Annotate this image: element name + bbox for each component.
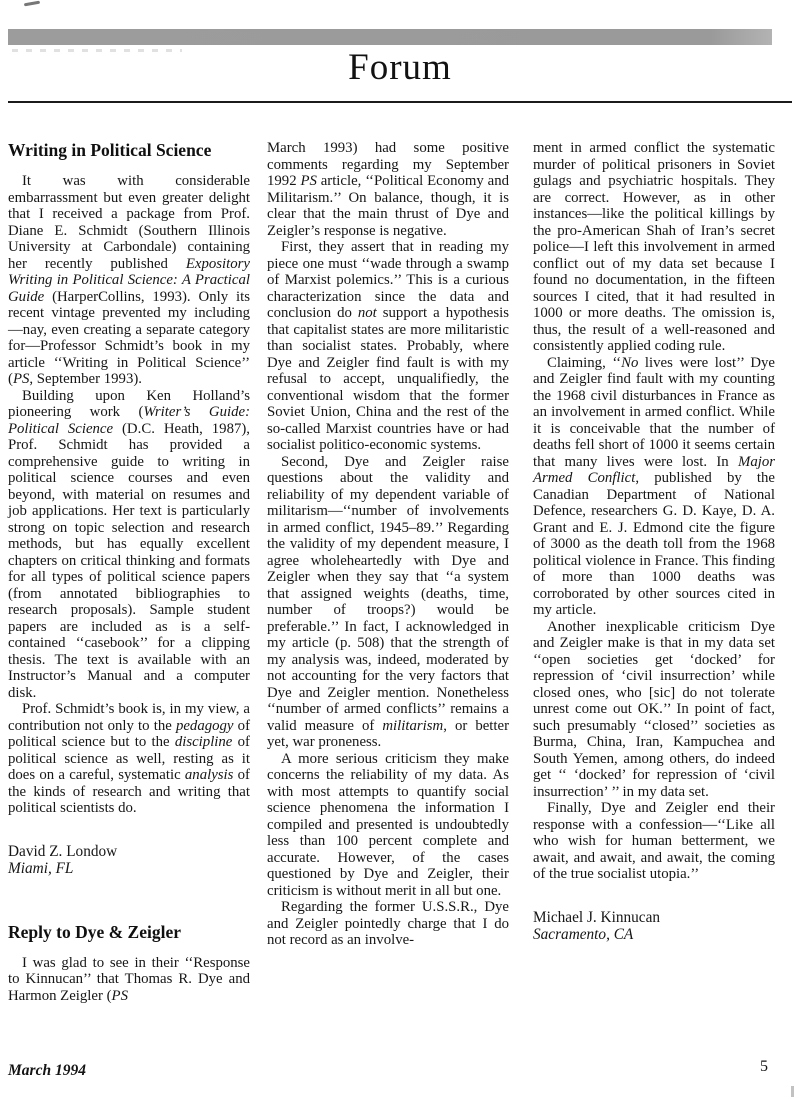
paragraph: Regarding the former U.S.S.R., Dye and Z… <box>267 899 509 949</box>
text-run: A more serious criticism they make conce… <box>267 751 509 899</box>
column-middle: March 1993) had some positive comments r… <box>267 140 509 1004</box>
scan-artifact <box>791 1086 794 1097</box>
italic-run: PS <box>300 173 316 189</box>
article-heading-reply: Reply to Dye & Zeigler <box>8 922 250 943</box>
signature-block: Michael J. Kinnucan Sacramento, CA <box>533 909 775 944</box>
text-run: Regarding the former U.S.S.R., Dye and Z… <box>267 899 509 948</box>
paragraph: I was glad to see in their ‘‘Response to… <box>8 955 250 1005</box>
paragraph: Second, Dye and Zeigler raise questions … <box>267 454 509 751</box>
italic-run: not <box>358 305 377 321</box>
article-body-reply-cont2: ment in armed conflict the systematic mu… <box>533 140 775 883</box>
text-run: Claiming, ‘‘ <box>547 355 621 371</box>
text-run: ment in armed conflict the systematic mu… <box>533 140 775 354</box>
column-left: Writing in Political Science It was with… <box>8 140 250 1004</box>
column-right: ment in armed conflict the systematic mu… <box>533 140 775 1004</box>
columns: Writing in Political Science It was with… <box>8 140 775 1004</box>
italic-run: militarism <box>382 718 443 734</box>
italic-run: No <box>621 355 638 371</box>
footer-issue-date: March 1994 <box>8 1062 86 1080</box>
text-run: Another inexplicable criticism Dye and Z… <box>533 619 775 800</box>
scan-artifact <box>24 1 40 7</box>
italic-run: analysis <box>185 767 234 783</box>
text-run: , published by the Canadian Department o… <box>533 470 775 618</box>
journal-page: Forum Writing in Political Science It wa… <box>0 0 800 1099</box>
paragraph: A more serious criticism they make conce… <box>267 751 509 900</box>
page-title: Forum <box>0 46 800 89</box>
paragraph: Another inexplicable criticism Dye and Z… <box>533 619 775 801</box>
paragraph: Claiming, ‘‘No lives were lost’’ Dye and… <box>533 355 775 619</box>
italic-run: pedagogy <box>176 718 234 734</box>
paragraph: Finally, Dye and Zeigler end their respo… <box>533 800 775 883</box>
title-rule <box>8 101 792 103</box>
text-run: , September 1993). <box>29 371 142 387</box>
text-run: (D.C. Heath, 1987), Prof. Schmidt has pr… <box>8 421 250 701</box>
article-body-writing: It was with considerable embarrassment b… <box>8 173 250 817</box>
article-body-reply-cont: March 1993) had some positive comments r… <box>267 140 509 949</box>
italic-run: PS <box>13 371 29 387</box>
text-run: lives were lost’’ Dye and Zeigler find f… <box>533 355 775 470</box>
paragraph: Building upon Ken Holland’s pioneering w… <box>8 388 250 702</box>
article-body-reply: I was glad to see in their ‘‘Response to… <box>8 955 250 1005</box>
signature-name: David Z. Londow <box>8 843 250 861</box>
paragraph: It was with considerable embarrassment b… <box>8 173 250 388</box>
header-bar <box>8 29 772 45</box>
signature-name: Michael J. Kinnucan <box>533 909 775 927</box>
text-run: I was glad to see in their ‘‘Response to… <box>8 955 250 1004</box>
signature-block: David Z. Londow Miami, FL <box>8 843 250 878</box>
italic-run: discipline <box>175 734 233 750</box>
article-heading-writing: Writing in Political Science <box>8 140 250 161</box>
italic-run: PS <box>112 988 128 1004</box>
text-run: Second, Dye and Zeigler raise questions … <box>267 454 509 734</box>
text-run: Finally, Dye and Zeigler end their respo… <box>533 800 775 882</box>
text-run: support a hypothesis that capitalist sta… <box>267 305 509 453</box>
paragraph: First, they assert that in reading my pi… <box>267 239 509 454</box>
paragraph: March 1993) had some positive comments r… <box>267 140 509 239</box>
paragraph: Prof. Schmidt’s book is, in my view, a c… <box>8 701 250 817</box>
signature-location: Miami, FL <box>8 860 250 878</box>
paragraph: ment in armed conflict the systematic mu… <box>533 140 775 355</box>
signature-location: Sacramento, CA <box>533 926 775 944</box>
footer-page-number: 5 <box>760 1058 768 1076</box>
